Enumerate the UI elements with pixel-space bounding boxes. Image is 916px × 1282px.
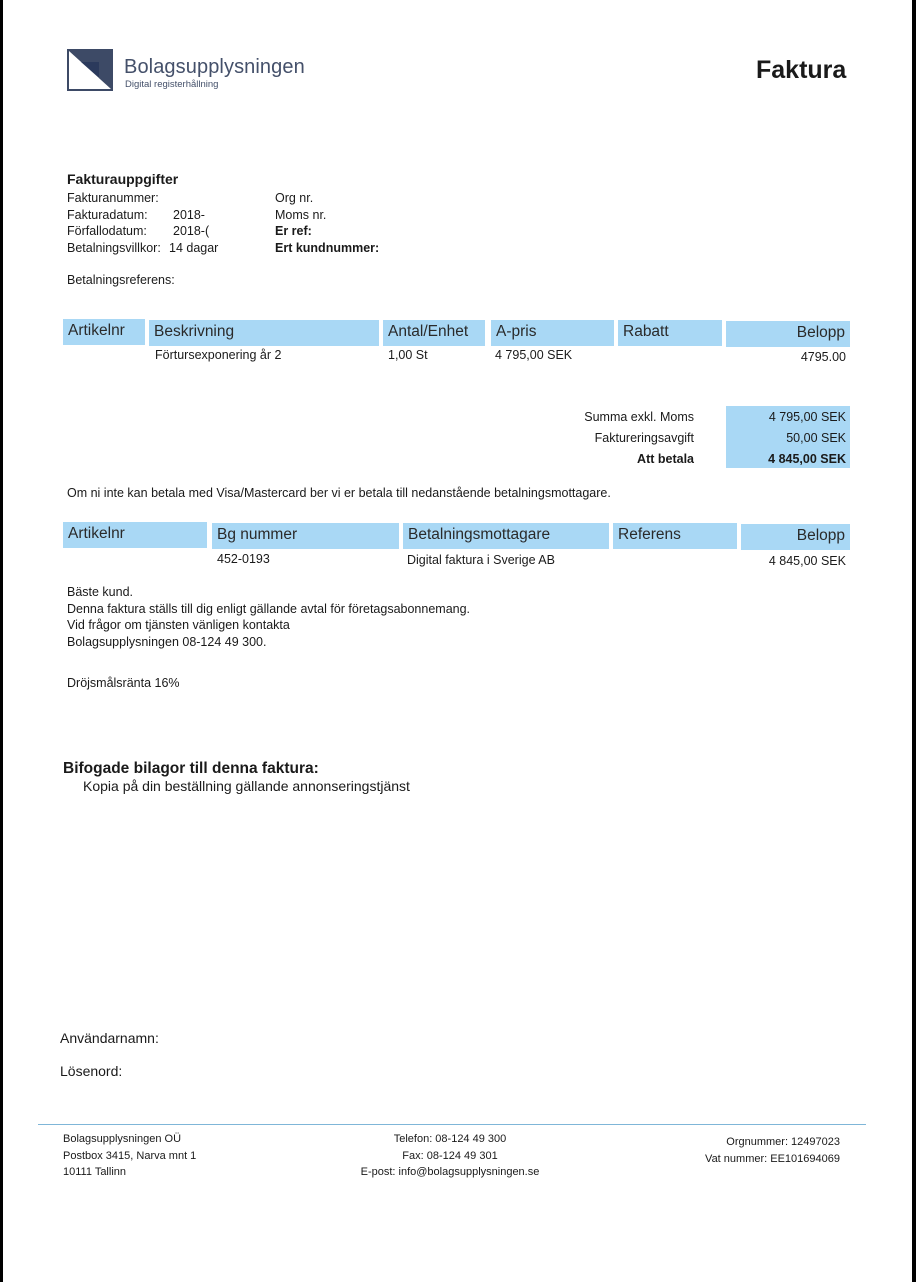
letter-line-1: Denna faktura ställs till dig enligt gäl… (67, 601, 470, 618)
due-date-value: 2018-( (173, 223, 209, 240)
pay-col-header-artikelnr: Artikelnr (63, 522, 207, 548)
payment-recipient: Digital faktura i Sverige AB (407, 553, 555, 567)
scan-edge-right (912, 0, 916, 1282)
col-header-beskrivning: Beskrivning (149, 320, 379, 346)
footer-vat-number: Vat nummer: EE101694069 (680, 1151, 840, 1168)
col-header-antal: Antal/Enhet (383, 320, 485, 346)
pay-col-header-bg: Bg nummer (212, 523, 399, 549)
footer-phone: Telefon: 08-124 49 300 (340, 1131, 560, 1148)
col-header-apris: A-pris (491, 320, 614, 346)
late-interest: Dröjsmålsränta 16% (67, 676, 180, 690)
payment-terms-row: Betalningsvillkor: 14 dagar (67, 240, 218, 257)
document-title: Faktura (756, 56, 846, 85)
pay-col-header-reference: Referens (613, 523, 737, 549)
your-ref-label: Er ref: (275, 223, 379, 240)
username-label: Användarnamn: (60, 1030, 159, 1046)
footer-fax: Fax: 08-124 49 301 (340, 1148, 560, 1165)
payment-terms-value: 14 dagar (169, 240, 218, 257)
footer-address: Postbox 3415, Narva mnt 1 (63, 1148, 196, 1165)
invoice-fee-label: Faktureringsavgift (595, 431, 694, 445)
footer-company: Bolagsupplysningen OÜ Postbox 3415, Narv… (63, 1131, 196, 1181)
subtotal-value: 4 795,00 SEK (769, 410, 846, 424)
pay-col-header-amount: Belopp (741, 524, 850, 550)
letter-greeting: Bäste kund. (67, 584, 470, 601)
due-date-label: Förfallodatum: (67, 223, 173, 240)
footer-company-name: Bolagsupplysningen OÜ (63, 1131, 196, 1148)
invoice-details-left: Fakturanummer: Fakturadatum: 2018- Förfa… (67, 190, 218, 256)
invoice-number-label: Fakturanummer: (67, 190, 173, 207)
col-header-belopp: Belopp (726, 321, 850, 347)
letter-text: Bäste kund. Denna faktura ställs till di… (67, 584, 470, 650)
footer-contact: Telefon: 08-124 49 300 Fax: 08-124 49 30… (340, 1131, 560, 1181)
payment-amount: 4 845,00 SEK (741, 554, 846, 568)
payment-reference-label: Betalningsreferens: (67, 273, 175, 287)
password-label: Lösenord: (60, 1063, 122, 1079)
item-quantity: 1,00 St (388, 348, 428, 362)
item-unit-price: 4 795,00 SEK (495, 348, 572, 362)
footer-divider (38, 1124, 866, 1125)
col-header-rabatt: Rabatt (618, 320, 722, 346)
footer-city: 10111 Tallinn (63, 1164, 196, 1181)
invoice-details-right: Org nr. Moms nr. Er ref: Ert kundnummer: (275, 190, 379, 256)
attachment-item: Kopia på din beställning gällande annons… (83, 778, 410, 794)
item-amount: 4795.00 (726, 350, 846, 364)
attachments-heading: Bifogade bilagor till denna faktura: (63, 760, 319, 778)
invoice-date-value: 2018- (173, 207, 205, 224)
customer-number-label: Ert kundnummer: (275, 240, 379, 257)
org-nr-label: Org nr. (275, 190, 379, 207)
scan-edge-left (0, 0, 3, 1282)
payment-terms-label: Betalningsvillkor: (67, 240, 169, 257)
vat-nr-label: Moms nr. (275, 207, 379, 224)
footer-org-number: Orgnummer: 12497023 (680, 1134, 840, 1151)
pay-col-header-recipient: Betalningsmottagare (403, 523, 609, 549)
brand-name: Bolagsupplysningen (124, 56, 305, 79)
subtotal-label: Summa exkl. Moms (584, 410, 694, 424)
footer-ids: Orgnummer: 12497023 Vat nummer: EE101694… (680, 1134, 840, 1167)
amount-due-label: Att betala (637, 452, 694, 466)
letter-line-2: Vid frågor om tjänsten vänligen kontakta (67, 617, 470, 634)
invoice-fee-value: 50,00 SEK (786, 431, 846, 445)
footer-email: E-post: info@bolagsupplysningen.se (340, 1164, 560, 1181)
square-diagonal-logo-icon (67, 49, 113, 91)
invoice-date-row: Fakturadatum: 2018- (67, 207, 218, 224)
invoice-details-heading: Fakturauppgifter (67, 171, 178, 187)
due-date-row: Förfallodatum: 2018-( (67, 223, 218, 240)
letter-line-3: Bolagsupplysningen 08-124 49 300. (67, 634, 470, 651)
invoice-date-label: Fakturadatum: (67, 207, 173, 224)
item-description: Förtursexponering år 2 (155, 348, 281, 362)
payment-note: Om ni inte kan betala med Visa/Mastercar… (67, 486, 611, 500)
amount-due-value: 4 845,00 SEK (768, 452, 846, 466)
bankgiro-number: 452-0193 (217, 552, 270, 566)
col-header-artikelnr: Artikelnr (63, 319, 145, 345)
brand-tagline: Digital registerhållning (125, 79, 218, 90)
invoice-number-row: Fakturanummer: (67, 190, 218, 207)
